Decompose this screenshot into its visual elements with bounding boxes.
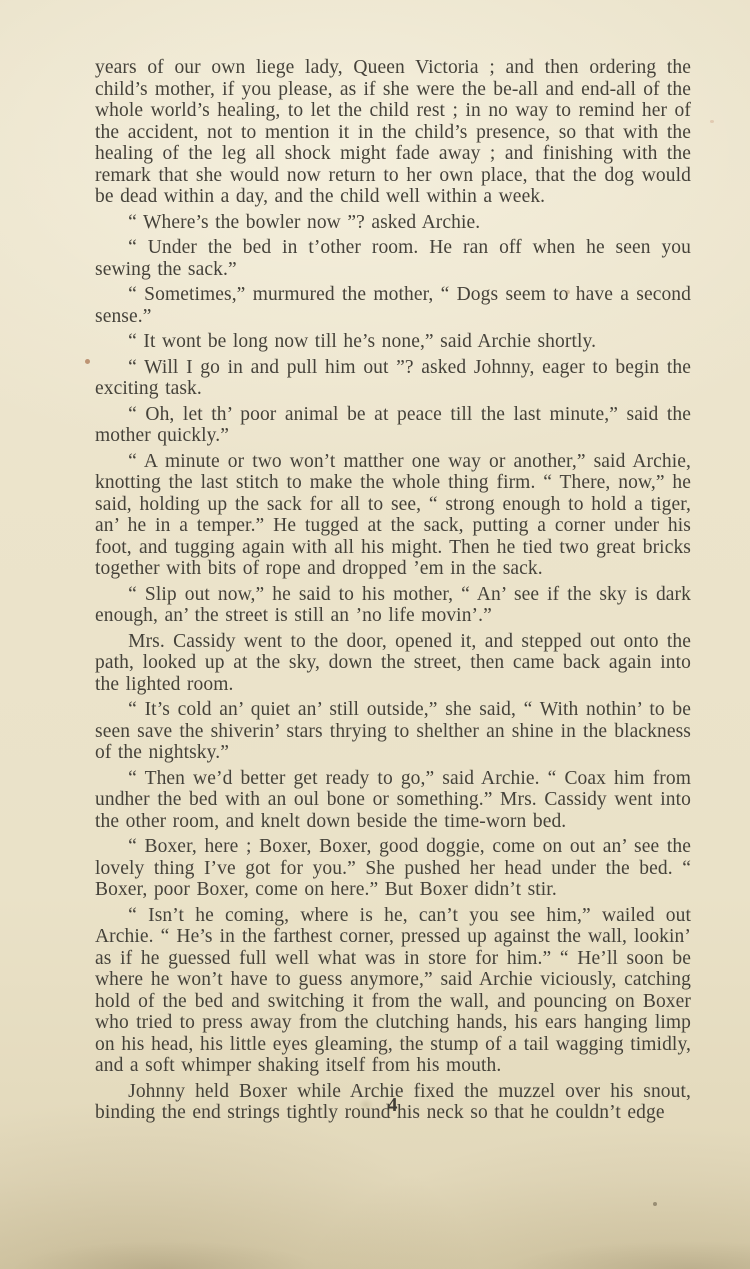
paragraph: “ Slip out now,” he said to his mother, … <box>95 584 691 627</box>
paragraph: “ Under the bed in t’other room. He ran … <box>95 237 691 280</box>
paragraph: “ Where’s the bowler now ”? asked Archie… <box>95 212 691 234</box>
paragraph: “ It wont be long now till he’s none,” s… <box>95 331 691 353</box>
paragraph: “ Sometimes,” murmured the mother, “ Dog… <box>95 284 691 327</box>
foxing-speck <box>566 290 570 294</box>
foxing-speck <box>653 1202 657 1206</box>
paragraph: “ Then we’d better get ready to go,” sai… <box>95 768 691 833</box>
paragraph: “ Boxer, here ; Boxer, Boxer, good doggi… <box>95 836 691 901</box>
page-text: years of our own liege lady, Queen Victo… <box>95 57 691 1124</box>
paragraph: “ Oh, let th’ poor animal be at peace ti… <box>95 404 691 447</box>
paper-smudge <box>358 1098 374 1112</box>
paragraph: “ It’s cold an’ quiet an’ still outside,… <box>95 699 691 764</box>
paragraph: “ Isn’t he coming, where is he, can’t yo… <box>95 905 691 1077</box>
book-page-scan: years of our own liege lady, Queen Victo… <box>0 0 750 1269</box>
paragraph: Mrs. Cassidy went to the door, opened it… <box>95 631 691 696</box>
page-edge-shadow <box>0 1235 750 1269</box>
foxing-speck <box>85 359 90 364</box>
paragraph: years of our own liege lady, Queen Victo… <box>95 57 691 208</box>
page-number: 4 <box>95 1094 691 1117</box>
paragraph: “ A minute or two won’t matther one way … <box>95 451 691 580</box>
paragraph: “ Will I go in and pull him out ”? asked… <box>95 357 691 400</box>
foxing-speck <box>710 120 714 123</box>
